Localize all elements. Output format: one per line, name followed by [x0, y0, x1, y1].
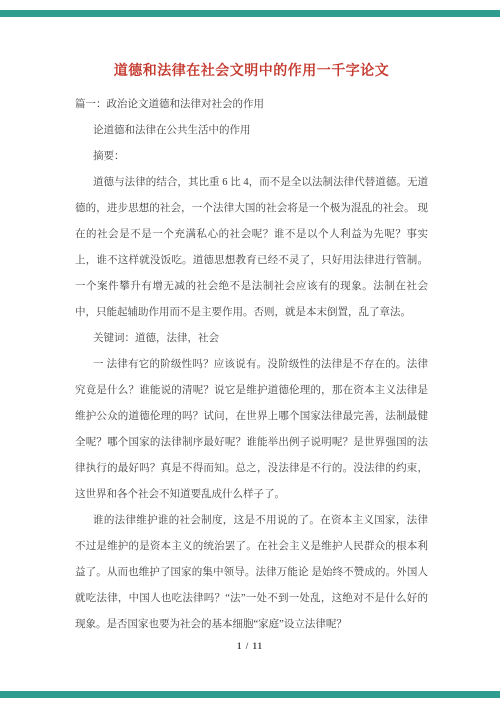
paragraph: 篇一：政治论文道德和法律对社会的作用: [75, 92, 428, 118]
document-title: 道德和法律在社会文明中的作用一千字论文: [75, 62, 428, 82]
page-edge-bottom-bar: [0, 691, 500, 698]
document-page: 道德和法律在社会文明中的作用一千字论文 篇一：政治论文道德和法律对社会的作用论道…: [0, 0, 500, 707]
paragraph: 道德与法律的结合，其比重 6 比 4，而不是全以法制法律代替道德。无道德的，进步…: [75, 170, 428, 326]
paragraph: 一 法律有它的阶级性吗？应该说有。没阶级性的法律是不存在的。法律究竟是什么？谁能…: [75, 352, 428, 508]
page-number: 1 / 11: [0, 641, 500, 651]
paragraph: 谁的法律维护谁的社会制度，这是不用说的了。在资本主义国家，法律不过是维护的是资本…: [75, 508, 428, 638]
paragraph: 论道德和法律在公共生活中的作用: [75, 118, 428, 144]
paragraph: 摘要：: [75, 144, 428, 170]
paragraph: 关键词：道德，法律，社会: [75, 326, 428, 352]
document-content: 道德和法律在社会文明中的作用一千字论文 篇一：政治论文道德和法律对社会的作用论道…: [75, 0, 428, 638]
document-body: 篇一：政治论文道德和法律对社会的作用论道德和法律在公共生活中的作用摘要：道德与法…: [75, 92, 428, 638]
